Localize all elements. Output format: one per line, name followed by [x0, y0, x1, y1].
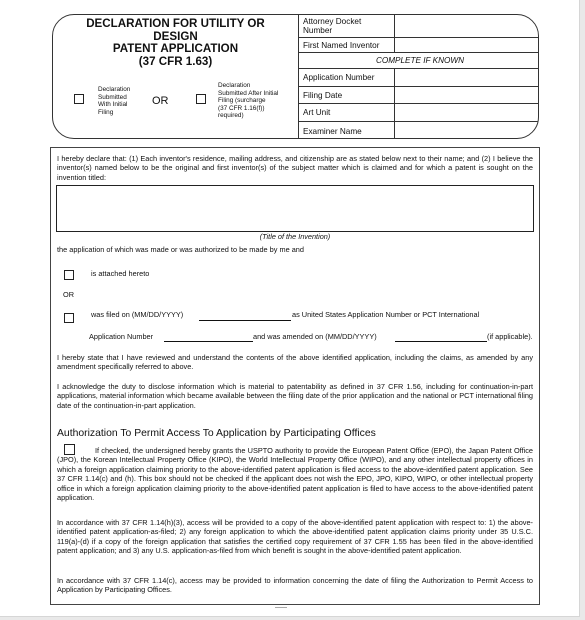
amended-on-date-field[interactable]	[395, 341, 487, 342]
attorney-docket-label: Attorney Docket Number	[303, 15, 391, 37]
title-line: (37 CFR 1.63)	[53, 56, 298, 69]
label-line: Submitted	[98, 94, 130, 102]
filed-on-date-field[interactable]	[199, 320, 291, 321]
authorization-text: If checked, the undersigned hereby grant…	[57, 446, 533, 502]
page-footer-mark	[275, 607, 287, 608]
row-first-named-inventor: First Named Inventor	[299, 38, 539, 53]
art-unit-label: Art Unit	[303, 104, 391, 121]
label-line: Filing (surcharge	[218, 97, 278, 105]
document-page: DECLARATION FOR UTILITY OR DESIGN PATENT…	[0, 0, 580, 617]
filing-date-label: Filing Date	[303, 87, 391, 103]
filed-on-label: was filed on (MM/DD/YYYY)	[91, 310, 183, 319]
row-application-number: Application Number	[299, 69, 539, 87]
as-us-application-label: as United States Application Number or P…	[292, 310, 479, 319]
form-title: DECLARATION FOR UTILITY OR DESIGN PATENT…	[53, 18, 298, 68]
submitted-with-initial-filing-checkbox[interactable]	[74, 94, 84, 104]
invention-title-caption: (Title of the Invention)	[51, 232, 539, 241]
submitted-after-initial-filing-label: Declaration Submitted After Initial Fili…	[218, 82, 278, 120]
label-line: Declaration	[98, 86, 130, 94]
title-line: PATENT APPLICATION	[53, 43, 298, 56]
row-filing-date: Filing Date	[299, 87, 539, 104]
submitted-after-initial-filing-checkbox[interactable]	[196, 94, 206, 104]
or-label: OR	[152, 95, 169, 107]
amended-on-label: and was amended on (MM/DD/YYYY)	[253, 332, 377, 341]
row-examiner-name: Examiner Name	[299, 122, 539, 139]
submitted-with-initial-filing-label: Declaration Submitted With Initial Filin…	[98, 86, 130, 116]
row-art-unit: Art Unit	[299, 104, 539, 122]
label-line: Declaration	[218, 82, 278, 90]
attorney-docket-field[interactable]	[394, 15, 539, 37]
label-line: Filing	[98, 109, 130, 117]
filed-on-checkbox[interactable]	[64, 313, 74, 323]
label-line: Submitted After Initial	[218, 90, 278, 98]
application-info-table: Attorney Docket Number First Named Inven…	[298, 15, 539, 138]
examiner-name-field[interactable]	[394, 122, 539, 139]
row-attorney-docket: Attorney Docket Number	[299, 15, 539, 38]
row-complete-if-known: COMPLETE IF KNOWN	[299, 53, 539, 69]
application-number-label: Application Number	[303, 69, 391, 86]
form-header: DECLARATION FOR UTILITY OR DESIGN PATENT…	[52, 14, 539, 139]
invention-title-field[interactable]	[56, 185, 534, 232]
header-title-block: DECLARATION FOR UTILITY OR DESIGN PATENT…	[53, 15, 298, 138]
application-number-label: Application Number	[89, 332, 153, 341]
reviewed-statement: I hereby state that I have reviewed and …	[57, 353, 533, 372]
first-named-inventor-field[interactable]	[394, 38, 539, 52]
attached-hereto-checkbox[interactable]	[64, 270, 74, 280]
if-applicable-label: (if applicable).	[487, 332, 533, 341]
complete-if-known-heading: COMPLETE IF KNOWN	[299, 53, 539, 68]
access-c-text: In accordance with 37 CFR 1.14(c), acces…	[57, 576, 533, 595]
filing-date-field[interactable]	[394, 87, 539, 103]
application-made-text: the application of which was made or was…	[57, 245, 304, 254]
art-unit-field[interactable]	[394, 104, 539, 121]
acknowledge-statement: I acknowledge the duty to disclose infor…	[57, 382, 533, 410]
attached-hereto-label: is attached hereto	[91, 269, 149, 278]
label-line: (37 CFR 1.16(f))	[218, 105, 278, 113]
label-line: With Initial	[98, 101, 130, 109]
examiner-name-label: Examiner Name	[303, 122, 391, 139]
declaration-intro: I hereby declare that: (1) Each inventor…	[57, 154, 533, 182]
or-label: OR	[63, 290, 74, 299]
application-number-field[interactable]	[164, 341, 253, 342]
authorization-heading: Authorization To Permit Access To Applic…	[57, 428, 376, 439]
title-line: DECLARATION FOR UTILITY OR	[53, 18, 298, 31]
access-h3-text: In accordance with 37 CFR 1.14(h)(3), ac…	[57, 518, 533, 556]
declaration-body: I hereby declare that: (1) Each inventor…	[50, 147, 540, 605]
label-line: required)	[218, 112, 278, 120]
application-number-field[interactable]	[394, 69, 539, 86]
first-named-inventor-label: First Named Inventor	[303, 38, 391, 52]
